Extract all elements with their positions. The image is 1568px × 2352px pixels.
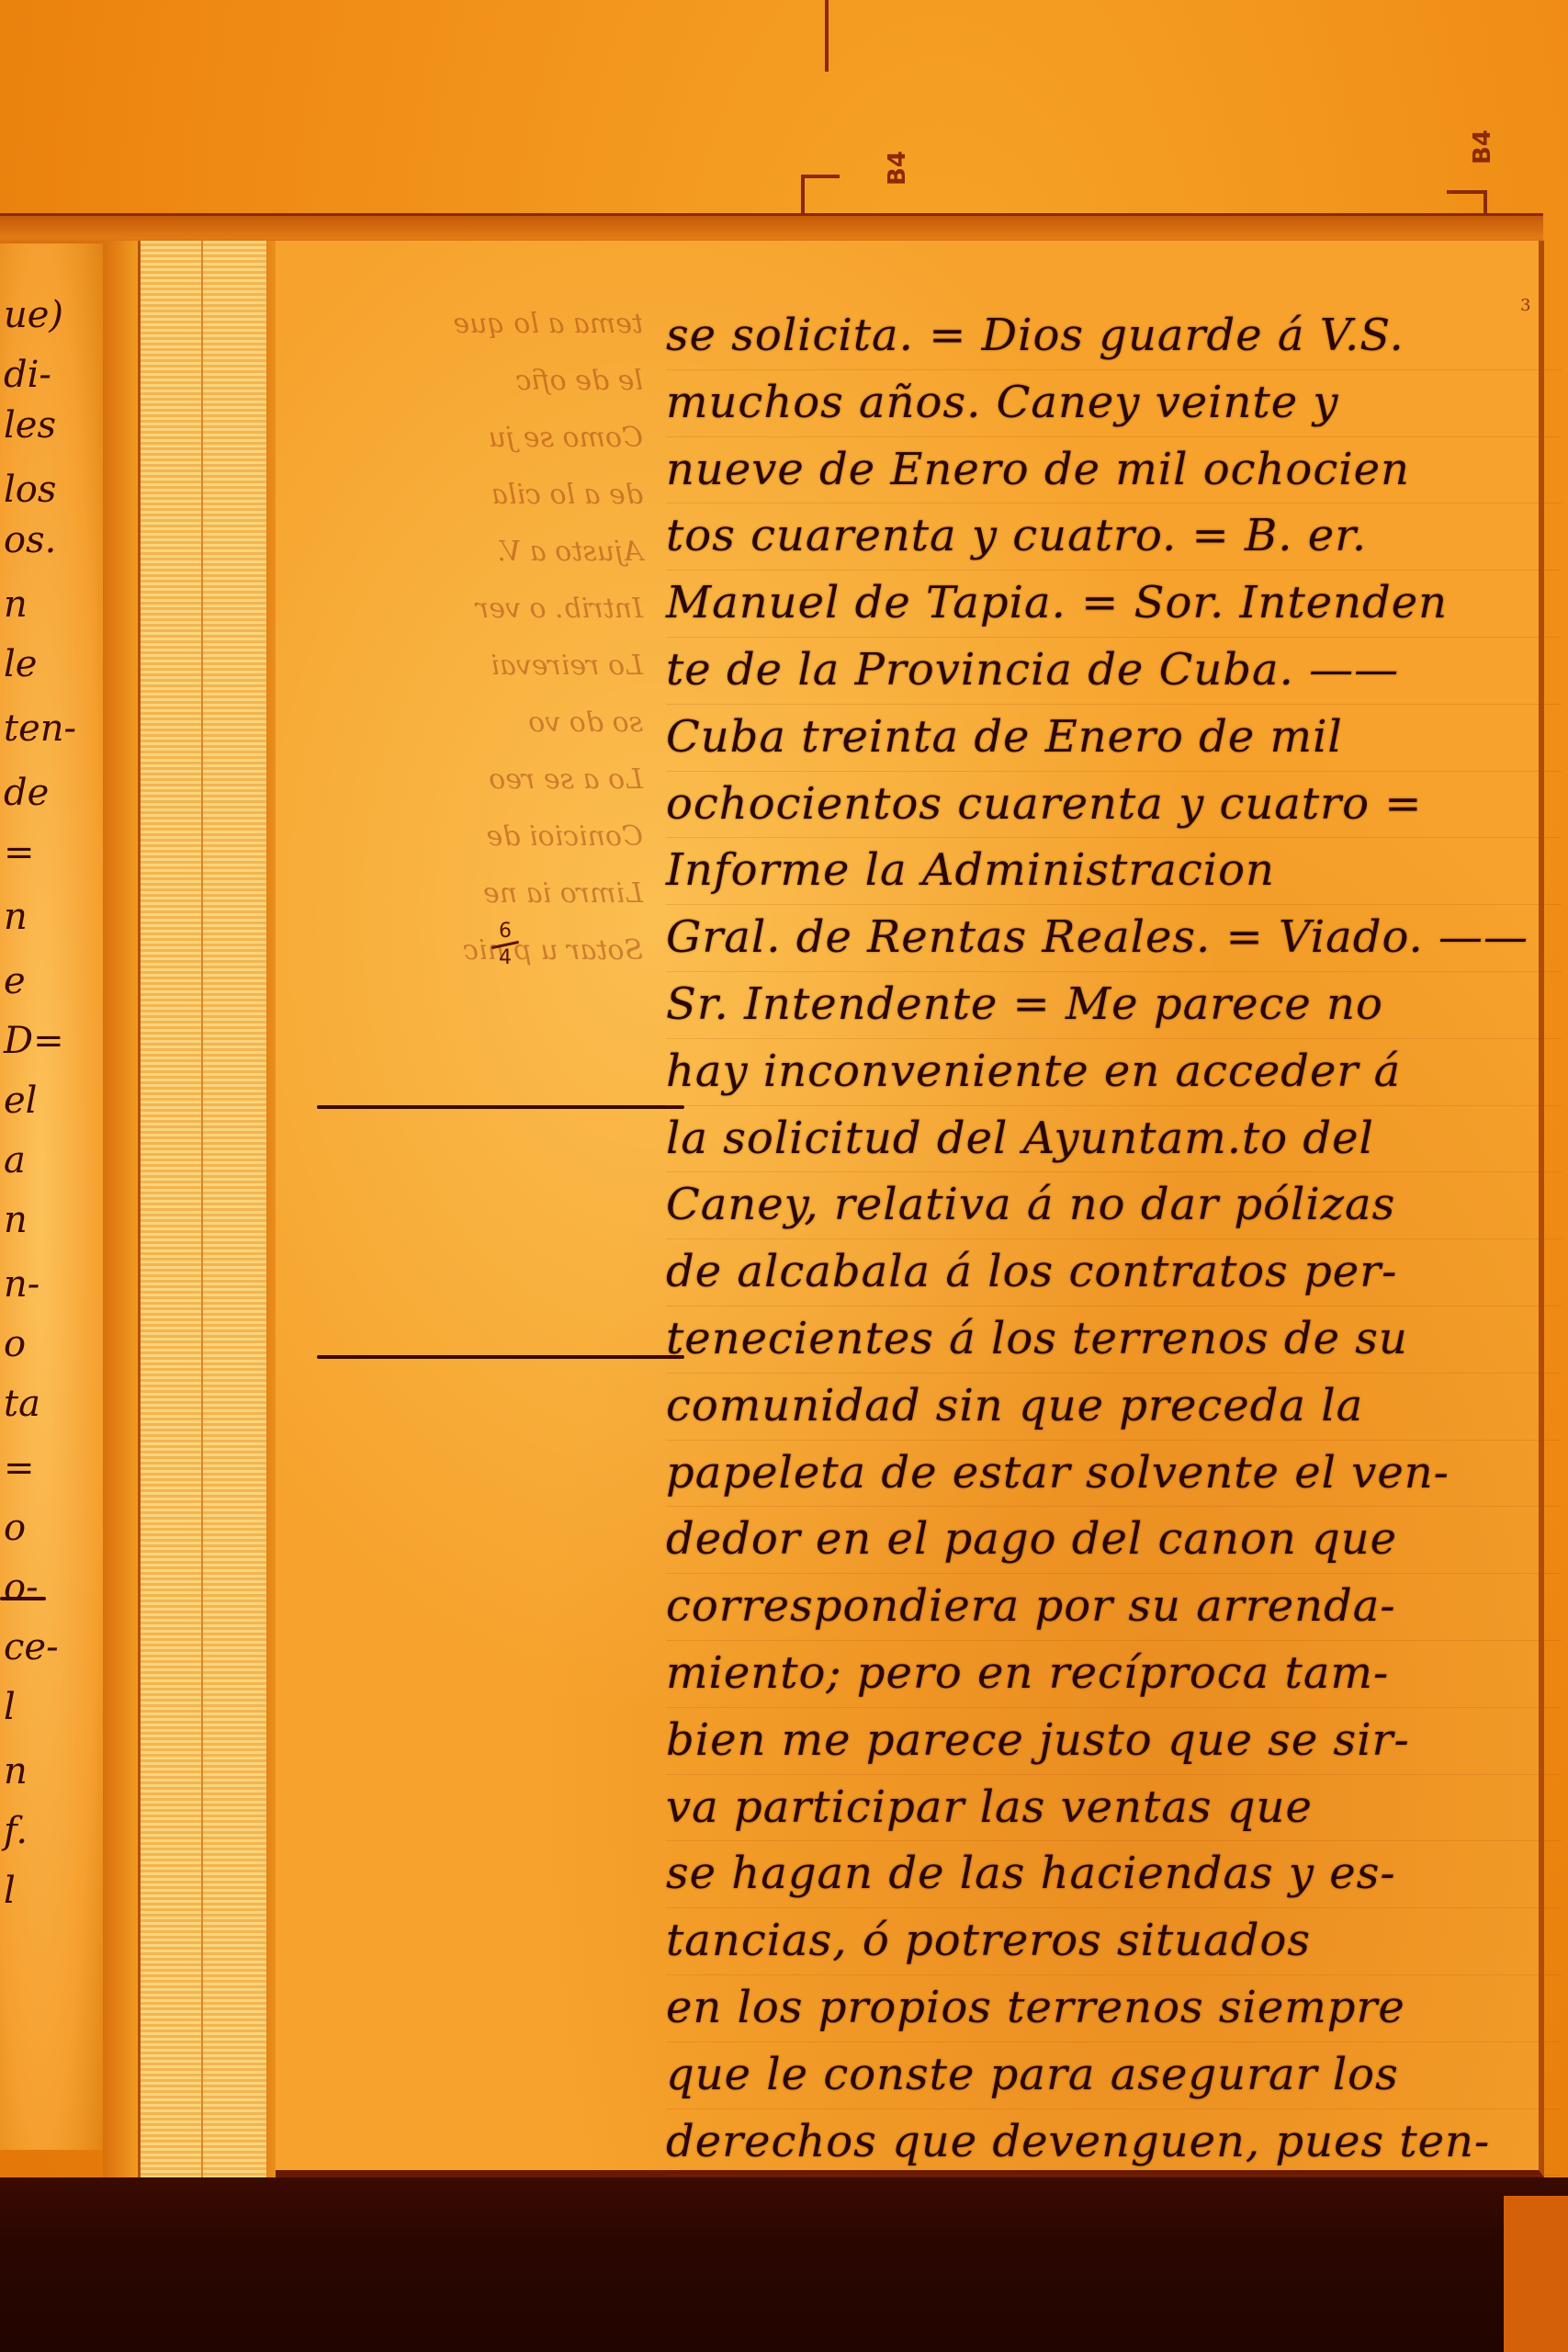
text-line: la solicitud del Ayuntam.to del: [666, 1106, 1562, 1173]
text-line: correspondiera por su arrenda-: [666, 1574, 1562, 1641]
manuscript-text: se solicita. = Dios guarde á V.S. muchos…: [666, 303, 1562, 2176]
left-fragment: o: [4, 1323, 26, 1365]
text-line: va participar las ventas que: [666, 1775, 1562, 1842]
text-line: se hagan de las haciendas y es-: [666, 1841, 1562, 1908]
text-line: miento; pero en recíproca tam-: [666, 1641, 1562, 1708]
text-line: ochocientos cuarenta y cuatro =: [666, 772, 1562, 839]
text-line: se solicita. = Dios guarde á V.S.: [666, 303, 1562, 370]
text-line: tos cuarenta y cuatro. = B. er.: [666, 503, 1562, 571]
margin-fraction-note: 6 4: [491, 922, 519, 968]
left-fragment: n: [4, 1750, 28, 1792]
left-fragment: el: [4, 1080, 37, 1122]
left-fragment: n-: [4, 1263, 39, 1306]
text-line: muchos años. Caney veinte y: [666, 370, 1562, 437]
text-line: te de la Provincia de Cuba. ——: [666, 638, 1562, 705]
binding-gutter-left: [103, 241, 138, 2179]
separator-rule: [317, 1105, 684, 1109]
text-line: en los propios terrenos siempre: [666, 1975, 1562, 2042]
left-fragment: os.: [4, 519, 56, 561]
left-fragment: le: [4, 643, 37, 685]
left-fragment: de: [4, 772, 49, 814]
text-line: hay inconveniente en acceder á: [666, 1039, 1562, 1106]
left-fragment: ta: [4, 1383, 40, 1425]
text-line: de alcabala á los contratos per-: [666, 1239, 1562, 1306]
text-line: papeleta de estar solvente el ven-: [666, 1441, 1562, 1508]
left-fragment: o: [4, 1507, 26, 1549]
text-line: Sr. Intendente = Me parece no: [666, 972, 1562, 1039]
text-line: nueve de Enero de mil ochocien: [666, 437, 1562, 504]
left-fragment: f.: [4, 1810, 28, 1852]
crop-label-b4-right: B4: [1469, 130, 1496, 164]
text-line: Gral. de Rentas Reales. = Viado. ——: [666, 905, 1562, 972]
left-fragment: di-: [4, 354, 51, 396]
text-line: comunidad sin que preceda la: [666, 1374, 1562, 1441]
left-fragment: l: [4, 1870, 16, 1912]
left-fragment: =: [4, 831, 35, 874]
left-fragment: o-: [4, 1566, 39, 1609]
left-fragment: e: [4, 960, 26, 1002]
text-line: tenecientes á los terrenos de su: [666, 1306, 1562, 1374]
text-line: Informe la Administracion: [666, 838, 1562, 905]
crop-label-b4-left: B4: [884, 151, 911, 186]
scanner-base-shadow: [0, 2177, 1568, 2352]
text-line: Caney, relativa á no dar pólizas: [666, 1172, 1562, 1239]
text-line: que le conste para asegurar los: [666, 2042, 1562, 2109]
left-fragment: ten-: [4, 707, 76, 750]
fraction-numerator: 6: [499, 920, 512, 943]
text-line: Manuel de Tapia. = Sor. Intenden: [666, 571, 1562, 638]
left-fragment: a: [4, 1139, 26, 1182]
scanner-edge-strip: [1504, 2196, 1568, 2352]
separator-rule: [317, 1355, 684, 1359]
left-fragment: n: [4, 583, 28, 626]
text-line: bien me parece justo que se sir-: [666, 1708, 1562, 1775]
left-fragment: =: [4, 1447, 35, 1489]
left-fragment: ue): [4, 294, 63, 336]
text-line: derechos que devenguen, pues ten-: [666, 2109, 1562, 2177]
text-line: Cuba treinta de Enero de mil: [666, 705, 1562, 772]
left-fragment: les: [4, 404, 56, 447]
left-fragment: los: [4, 469, 56, 511]
fraction-denominator: 4: [499, 946, 512, 969]
text-line: dedor en el pago del canon que: [666, 1507, 1562, 1574]
left-page-fragment: ue) di- les los os. n le ten- de = n e D…: [0, 243, 107, 2150]
left-page-rule: [0, 1597, 46, 1600]
left-fragment: n: [4, 896, 28, 938]
left-fragment: n: [4, 1199, 28, 1241]
text-line: tancias, ó potreros situados: [666, 1908, 1562, 1975]
bleed-through-text: tema a lo que le de ofic Como se ju de a…: [340, 296, 643, 979]
book-spine-binding: [138, 241, 272, 2179]
crop-mark-vertical-top: [825, 0, 829, 72]
left-fragment: l: [4, 1686, 16, 1728]
left-fragment: D=: [4, 1020, 64, 1062]
left-fragment: ce-: [4, 1626, 59, 1668]
